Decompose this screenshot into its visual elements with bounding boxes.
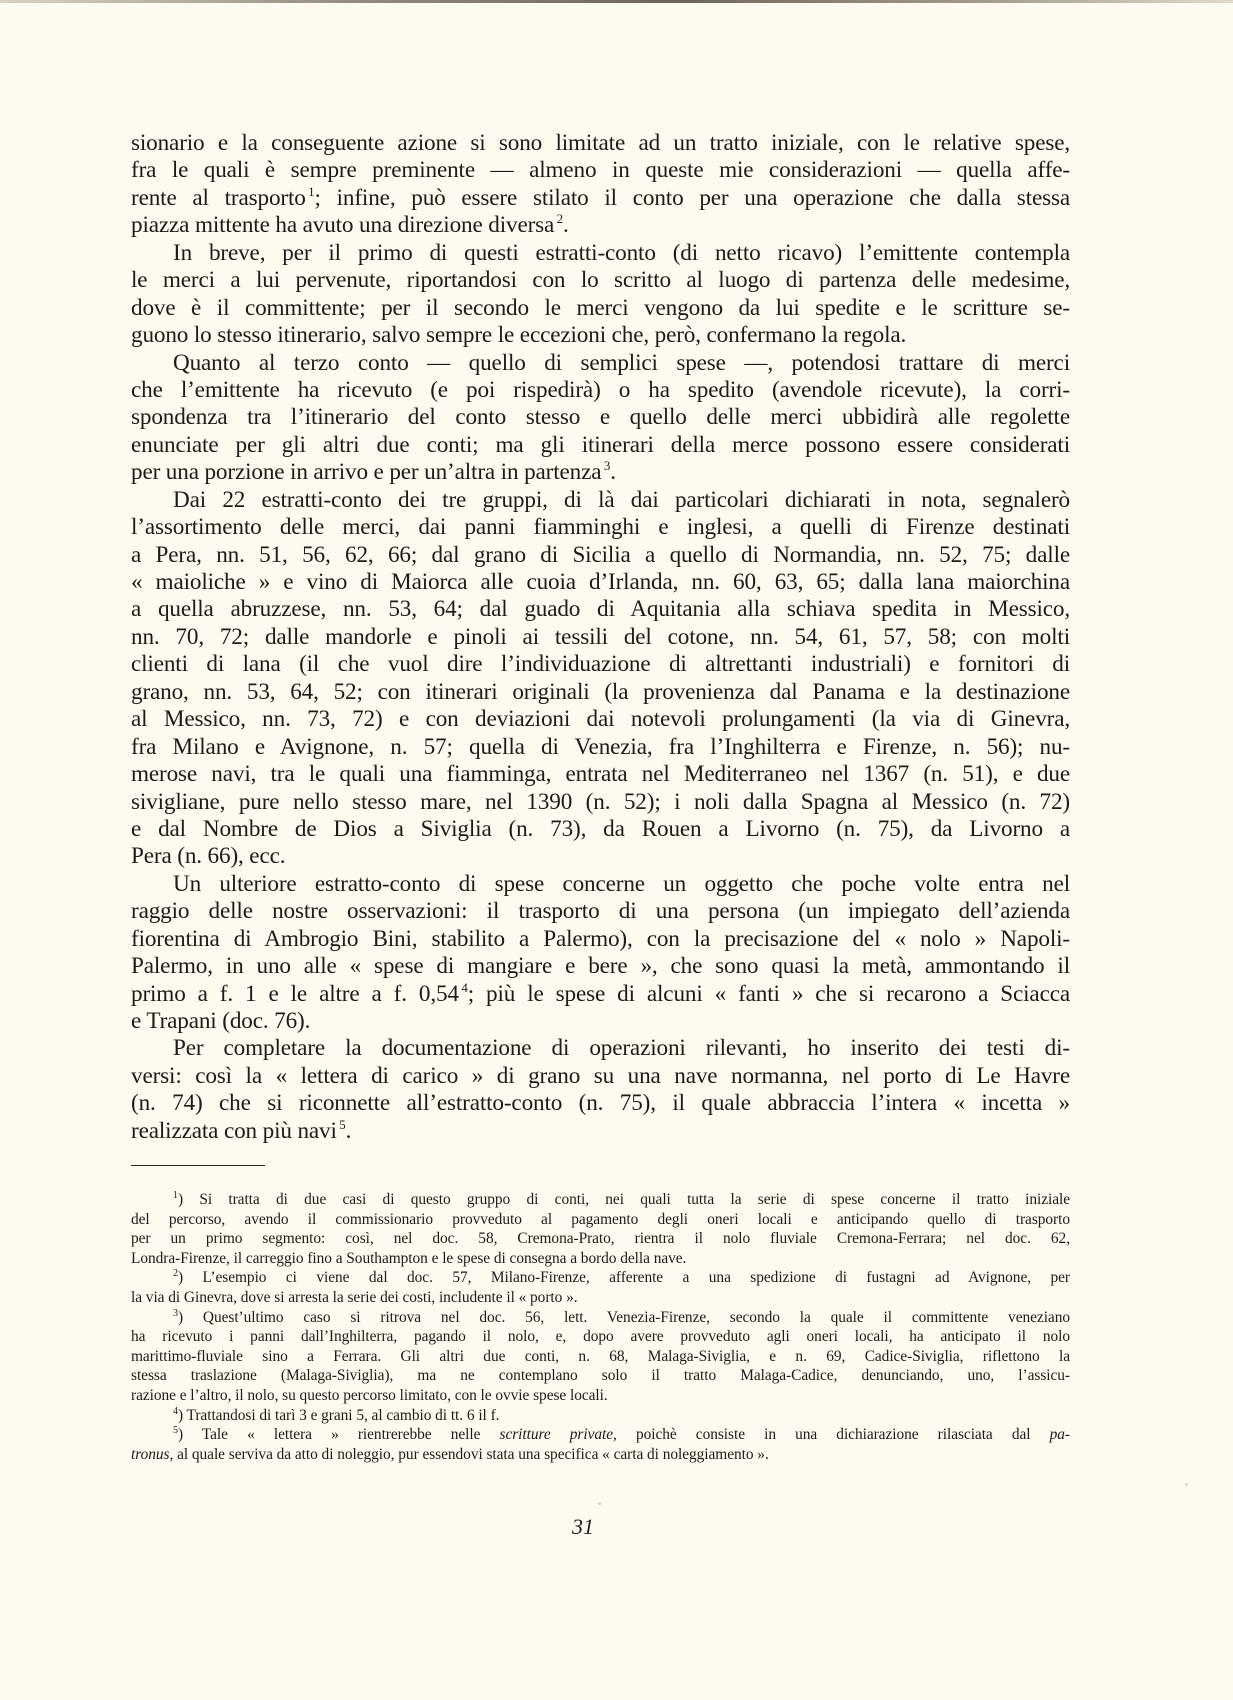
body-line: Dai 22 estratti-conto dei tre gruppi, di… xyxy=(131,487,1070,514)
body-line: Quanto al terzo conto — quello di sempli… xyxy=(131,350,1070,377)
body-line: « maioliche » e vino di Maiorca alle cuo… xyxy=(131,569,1070,596)
body-line-text: per una porzione in arrivo e per un’altr… xyxy=(131,459,1070,486)
footnote-number: 1 xyxy=(173,1190,178,1201)
body-line-text: e dal Nombre de Dios a Siviglia (n. 73),… xyxy=(131,816,1070,843)
body-line: merose navi, tra le quali una fiamminga,… xyxy=(131,761,1070,788)
footnote-reference: 1 xyxy=(306,184,315,199)
footnote-line-text: 2) L’esempio ci viene dal doc. 57, Milan… xyxy=(173,1268,1070,1288)
body-line: fiorentina di Ambrogio Bini, stabilito a… xyxy=(131,926,1070,953)
footnote-line-text: del percorso, avendo il commissionario p… xyxy=(131,1210,1070,1230)
body-line: a quella abruzzese, nn. 53, 64; dal guad… xyxy=(131,596,1070,623)
body-line-text: Per completare la documentazione di oper… xyxy=(173,1035,1070,1062)
body-line-text: a quella abruzzese, nn. 53, 64; dal guad… xyxy=(131,596,1070,623)
footnote-line-text: per un primo segmento: così, nel doc. 58… xyxy=(131,1229,1070,1249)
body-line: fra le quali è sempre preminente — almen… xyxy=(131,157,1070,184)
body-line-text: sionario e la conseguente azione si sono… xyxy=(131,130,1070,157)
body-line-text: fra Milano e Avignone, n. 57; quella di … xyxy=(131,734,1070,761)
footnote-line-text: 3) Quest’ultimo caso si ritrova nel doc.… xyxy=(173,1308,1070,1328)
footnote-line-text: 5) Tale « lettera » rientrerebbe nelle s… xyxy=(173,1425,1070,1445)
footnote-line-text: stessa traslazione (Malaga-Siviglia), ma… xyxy=(131,1366,1070,1386)
footnote-line-text: 1) Si tratta di due casi di questo grupp… xyxy=(173,1190,1070,1210)
footnote-3: 3) Quest’ultimo caso si ritrova nel doc.… xyxy=(131,1308,1070,1328)
body-line: piazza mittente ha avuto una direzione d… xyxy=(131,212,1070,239)
footnote-reference: 3 xyxy=(601,458,610,473)
body-line: Per completare la documentazione di oper… xyxy=(131,1035,1070,1062)
body-line: clienti di lana (il che vuol dire l’indi… xyxy=(131,651,1070,678)
footnote-reference: 5 xyxy=(337,1117,346,1132)
footnote-number: 5 xyxy=(173,1425,178,1436)
body-line-text: merose navi, tra le quali una fiamminga,… xyxy=(131,761,1070,788)
body-line: (n. 74) che si riconnette all’estratto-c… xyxy=(131,1090,1070,1117)
footnote-1: 1) Si tratta di due casi di questo grupp… xyxy=(131,1190,1070,1210)
paper-speck xyxy=(598,1502,601,1505)
body-line: che l’emittente ha ricevuto (e poi rispe… xyxy=(131,377,1070,404)
body-line-text: enunciate per gli altri due conti; ma gl… xyxy=(131,432,1070,459)
body-line: a Pera, nn. 51, 56, 62, 66; dal grano di… xyxy=(131,542,1070,569)
body-line-text: raggio delle nostre osservazioni: il tra… xyxy=(131,898,1070,925)
body-line-text: « maioliche » e vino di Maiorca alle cuo… xyxy=(131,569,1070,596)
body-line: fra Milano e Avignone, n. 57; quella di … xyxy=(131,734,1070,761)
footnote-number: 3 xyxy=(173,1308,178,1319)
body-line-text: Palermo, in uno alle « spese di mangiare… xyxy=(131,953,1070,980)
body-line-text: rente al trasporto 1; infine, può essere… xyxy=(131,185,1070,212)
body-line-text: che l’emittente ha ricevuto (e poi rispe… xyxy=(131,377,1070,404)
body-line-text: Pera (n. 66), ecc. xyxy=(131,843,1070,870)
page-number: 31 xyxy=(572,1514,594,1540)
footnote-line: la via di Ginevra, dove si arresta la se… xyxy=(131,1288,1070,1308)
body-line-text: fra le quali è sempre preminente — almen… xyxy=(131,157,1070,184)
body-line: Palermo, in uno alle « spese di mangiare… xyxy=(131,953,1070,980)
footnote-line: Londra-Firenze, il carreggio fino a Sout… xyxy=(131,1249,1070,1269)
body-line-text: nn. 70, 72; dalle mandorle e pinoli ai t… xyxy=(131,624,1070,651)
footnote-number: 2 xyxy=(173,1268,178,1279)
body-line: raggio delle nostre osservazioni: il tra… xyxy=(131,898,1070,925)
footnote-line: per un primo segmento: così, nel doc. 58… xyxy=(131,1229,1070,1249)
body-line-text: primo a f. 1 e le altre a f. 0,54 4; più… xyxy=(131,981,1070,1008)
italic-term: tronus xyxy=(131,1446,169,1463)
body-line-text: versi: così la « lettera di carico » di … xyxy=(131,1063,1070,1090)
body-line: sionario e la conseguente azione si sono… xyxy=(131,130,1070,157)
italic-term: pa- xyxy=(1050,1426,1070,1443)
body-line: e dal Nombre de Dios a Siviglia (n. 73),… xyxy=(131,816,1070,843)
body-line-text: e Trapani (doc. 76). xyxy=(131,1008,1070,1035)
footnote-reference: 4 xyxy=(459,980,468,995)
body-line-text: sivigliane, pure nello stesso mare, nel … xyxy=(131,789,1070,816)
body-line: nn. 70, 72; dalle mandorle e pinoli ai t… xyxy=(131,624,1070,651)
footnote-line: del percorso, avendo il commissionario p… xyxy=(131,1210,1070,1230)
footnote-line-text: razione e l’altro, il nolo, su questo pe… xyxy=(131,1386,1070,1406)
body-line: per una porzione in arrivo e per un’altr… xyxy=(131,459,1070,486)
body-line: primo a f. 1 e le altre a f. 0,54 4; più… xyxy=(131,981,1070,1008)
body-line: le merci a lui pervenute, riportandosi c… xyxy=(131,267,1070,294)
body-line: e Trapani (doc. 76). xyxy=(131,1008,1070,1035)
footnote-line-text: tronus, al quale serviva da atto di nole… xyxy=(131,1445,1070,1465)
body-line: In breve, per il primo di questi estratt… xyxy=(131,240,1070,267)
body-line: versi: così la « lettera di carico » di … xyxy=(131,1063,1070,1090)
footnote-line-text: la via di Ginevra, dove si arresta la se… xyxy=(131,1288,1070,1308)
body-line: al Messico, nn. 73, 72) e con deviazioni… xyxy=(131,706,1070,733)
body-line-text: dove è il committente; per il secondo le… xyxy=(131,295,1070,322)
body-line-text: al Messico, nn. 73, 72) e con deviazioni… xyxy=(131,706,1070,733)
body-line-text: grano, nn. 53, 64, 52; con itinerari ori… xyxy=(131,679,1070,706)
book-page: sionario e la conseguente azione si sono… xyxy=(0,0,1233,1700)
footnote-line: tronus, al quale serviva da atto di nole… xyxy=(131,1445,1070,1465)
footnote-line: stessa traslazione (Malaga-Siviglia), ma… xyxy=(131,1366,1070,1386)
body-line: Un ulteriore estratto-conto di spese con… xyxy=(131,871,1070,898)
body-line-text: Un ulteriore estratto-conto di spese con… xyxy=(173,871,1070,898)
footnote-number: 4 xyxy=(173,1406,178,1417)
body-text: sionario e la conseguente azione si sono… xyxy=(131,130,1070,1145)
body-line: grano, nn. 53, 64, 52; con itinerari ori… xyxy=(131,679,1070,706)
body-line-text: Dai 22 estratti-conto dei tre gruppi, di… xyxy=(173,487,1070,514)
body-line-text: guono lo stesso itinerario, salvo sempre… xyxy=(131,322,1070,349)
footnote-4: 4) Trattandosi di tarì 3 e grani 5, al c… xyxy=(131,1406,1070,1426)
footnote-5: 5) Tale « lettera » rientrerebbe nelle s… xyxy=(131,1425,1070,1445)
body-line: sivigliane, pure nello stesso mare, nel … xyxy=(131,789,1070,816)
footnote-line-text: 4) Trattandosi di tarì 3 e grani 5, al c… xyxy=(173,1406,1070,1426)
body-line-text: clienti di lana (il che vuol dire l’indi… xyxy=(131,651,1070,678)
footnote-separator-rule xyxy=(131,1165,265,1166)
body-line-text: a Pera, nn. 51, 56, 62, 66; dal grano di… xyxy=(131,542,1070,569)
footnote-line-text: ha ricevuto i panni dall’Inghilterra, pa… xyxy=(131,1327,1070,1347)
paper-speck xyxy=(1185,1483,1188,1486)
body-line-text: le merci a lui pervenute, riportandosi c… xyxy=(131,267,1070,294)
italic-term: scritture private xyxy=(500,1426,614,1443)
footnote-line: razione e l’altro, il nolo, su questo pe… xyxy=(131,1386,1070,1406)
body-line: spondenza tra l’itinerario del conto ste… xyxy=(131,404,1070,431)
body-line-text: Quanto al terzo conto — quello di sempli… xyxy=(173,350,1070,377)
footnote-line-text: Londra-Firenze, il carreggio fino a Sout… xyxy=(131,1249,1070,1269)
body-line: dove è il committente; per il secondo le… xyxy=(131,295,1070,322)
body-line: Pera (n. 66), ecc. xyxy=(131,843,1070,870)
body-line-text: In breve, per il primo di questi estratt… xyxy=(173,240,1070,267)
footnote-reference: 2 xyxy=(554,211,563,226)
footnote-line: ha ricevuto i panni dall’Inghilterra, pa… xyxy=(131,1327,1070,1347)
footnote-line-text: marittimo-fluviale sino a Ferrara. Gli a… xyxy=(131,1347,1070,1367)
footnote-2: 2) L’esempio ci viene dal doc. 57, Milan… xyxy=(131,1268,1070,1288)
body-line: realizzata con più navi 5. xyxy=(131,1118,1070,1145)
body-line-text: spondenza tra l’itinerario del conto ste… xyxy=(131,404,1070,431)
body-line: l’assortimento delle merci, dai panni fi… xyxy=(131,514,1070,541)
body-line-text: l’assortimento delle merci, dai panni fi… xyxy=(131,514,1070,541)
body-line: rente al trasporto 1; infine, può essere… xyxy=(131,185,1070,212)
footnote-line: marittimo-fluviale sino a Ferrara. Gli a… xyxy=(131,1347,1070,1367)
body-line-text: fiorentina di Ambrogio Bini, stabilito a… xyxy=(131,926,1070,953)
body-line-text: (n. 74) che si riconnette all’estratto-c… xyxy=(131,1090,1070,1117)
footnotes: 1) Si tratta di due casi di questo grupp… xyxy=(131,1190,1070,1464)
body-line: guono lo stesso itinerario, salvo sempre… xyxy=(131,322,1070,349)
body-line-text: piazza mittente ha avuto una direzione d… xyxy=(131,212,1070,239)
body-line: enunciate per gli altri due conti; ma gl… xyxy=(131,432,1070,459)
body-line-text: realizzata con più navi 5. xyxy=(131,1118,1070,1145)
